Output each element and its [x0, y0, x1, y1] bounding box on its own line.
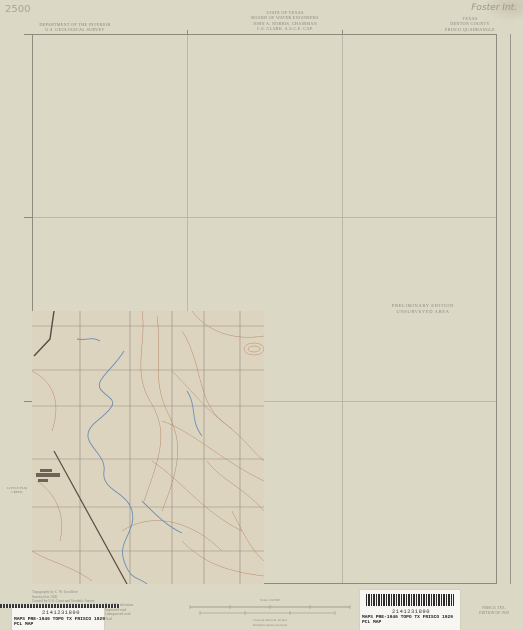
catalog-description: MAPS PRE-1946 TOPO TX FRISCO 1929 PCL MA… [362, 615, 453, 625]
catalog-label-left: 2141231890 MAPS PRE-1946 TOPO TX FRISCO … [12, 608, 104, 630]
handwritten-note: Foster Int. [471, 3, 517, 13]
scale-graphic [185, 603, 355, 617]
sheet-title-footer: Frisco, Tex. Edition of 1929 [470, 606, 518, 615]
header-line: U.S. Geological Survey [30, 27, 120, 32]
header-center: State of Texas Board of Water Engineers … [230, 10, 340, 31]
scale-title: Scale 1:62500 [185, 598, 355, 602]
side-label: Little Elm Creek [2, 486, 32, 494]
catalog-description: MAPS PRE-1946 TOPO TX FRISCO 1929 PCL MA… [14, 617, 105, 627]
note-line: Unsurveyed Area [378, 309, 468, 315]
header-line: Frisco Quadrangle [430, 27, 510, 32]
barcode [366, 594, 454, 606]
corner-tick [24, 34, 32, 35]
scale-bar: Scale 1:62500 Contour interval 10 feet D… [185, 598, 355, 628]
title-line: Edition of 1929 [470, 611, 518, 616]
outer-border [510, 34, 511, 584]
map-sheet: 2500 Foster Int. Department of the Inter… [0, 0, 523, 630]
surveyed-area [32, 311, 264, 584]
handwritten-sheet-number: 2500 [5, 4, 30, 15]
topographic-map [32, 311, 264, 584]
header-left: Department of the Interior U.S. Geologic… [30, 22, 120, 33]
label-line: Creek [2, 490, 32, 494]
header-line: C.S. Clark, A.S.C.E. Cap. [230, 26, 340, 31]
edge-tick [24, 217, 32, 218]
legend-line: Trail [105, 617, 155, 622]
catalog-label-right: 2141231890 MAPS PRE-1946 TOPO TX FRISCO … [360, 590, 460, 630]
edge-tick [24, 401, 32, 402]
footer-credits: Topography by C. W. Goodlove Surveyed in… [32, 590, 152, 604]
catalog-number: 2141231890 [392, 608, 430, 615]
contour-interval: Contour interval 10 feet [185, 618, 355, 622]
preliminary-edition-note: Preliminary Edition Unsurveyed Area [378, 303, 468, 314]
datum-note: Datum is mean sea level [185, 623, 355, 627]
catalog-number: 2141231890 [42, 609, 80, 616]
header-right: Texas Denton County Frisco Quadrangle [430, 16, 510, 32]
